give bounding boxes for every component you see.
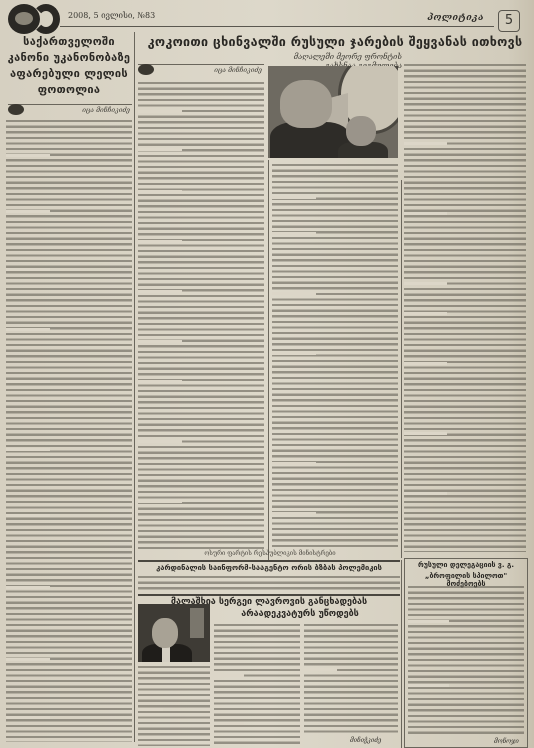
left-article-body [6, 118, 132, 742]
masthead-rule [60, 26, 494, 27]
newspaper-page: 2008, 5 ივლისი, №83 პოლიტიკა 5 საქართველ… [0, 0, 534, 748]
bottom-article-col2 [214, 622, 300, 746]
section-rule [138, 594, 400, 596]
author-logo-icon [8, 104, 24, 115]
main-article-col1 [138, 80, 264, 550]
bottom-article-signature: მინიჭკიძე [350, 737, 381, 744]
main-article-col3 [404, 62, 526, 552]
author-name: იცა მინჩიკიძე [82, 106, 130, 114]
main-article-footer: ოსური ფარტის რესპუბლიკის მინისტრები [140, 550, 400, 557]
right-box-signature: მონოჯი [494, 738, 519, 745]
column-divider [268, 160, 269, 560]
bottom-article-photo [138, 604, 210, 662]
column-divider [401, 180, 402, 558]
dateline: 2008, 5 ივლისი, №83 [68, 11, 155, 20]
main-article-photo [268, 66, 398, 158]
left-article-byline: იცა მინჩიკიძე [8, 104, 132, 116]
right-box-body [408, 584, 524, 736]
newspaper-logo-icon [8, 4, 60, 34]
right-box-headline-1: რუსული დელეგაციის ვ. გ. [406, 561, 526, 569]
bottom-article-col1 [138, 664, 210, 746]
column-divider [134, 32, 135, 742]
column-divider [401, 560, 402, 748]
bottom-strip-headline: კარდინალის საინფორმ-სააგენტო ორის ბზბას … [138, 563, 400, 572]
masthead: 2008, 5 ივლისი, №83 პოლიტიკა 5 [0, 0, 534, 30]
page-number: 5 [498, 10, 520, 32]
section-name: პოლიტიკა [427, 13, 484, 23]
main-article-headline: კოკოითი ცხინვალში რუსული ჯარების შეყვანა… [140, 33, 530, 50]
main-article-col2 [272, 162, 398, 550]
bottom-article-headline-2: არაადეკვატურს უწოდებს [200, 609, 400, 619]
author-logo-icon [138, 64, 154, 75]
bottom-article-col3 [304, 622, 398, 736]
main-article-byline: იცა მინჩიკიძე [138, 64, 264, 76]
left-article-headline: საქართველოში კანონი უკანონობაზე აფარებულ… [6, 34, 132, 98]
section-rule [138, 560, 400, 562]
author-name: იცა მინჩიკიძე [214, 66, 262, 74]
bottom-strip-body [138, 574, 400, 592]
